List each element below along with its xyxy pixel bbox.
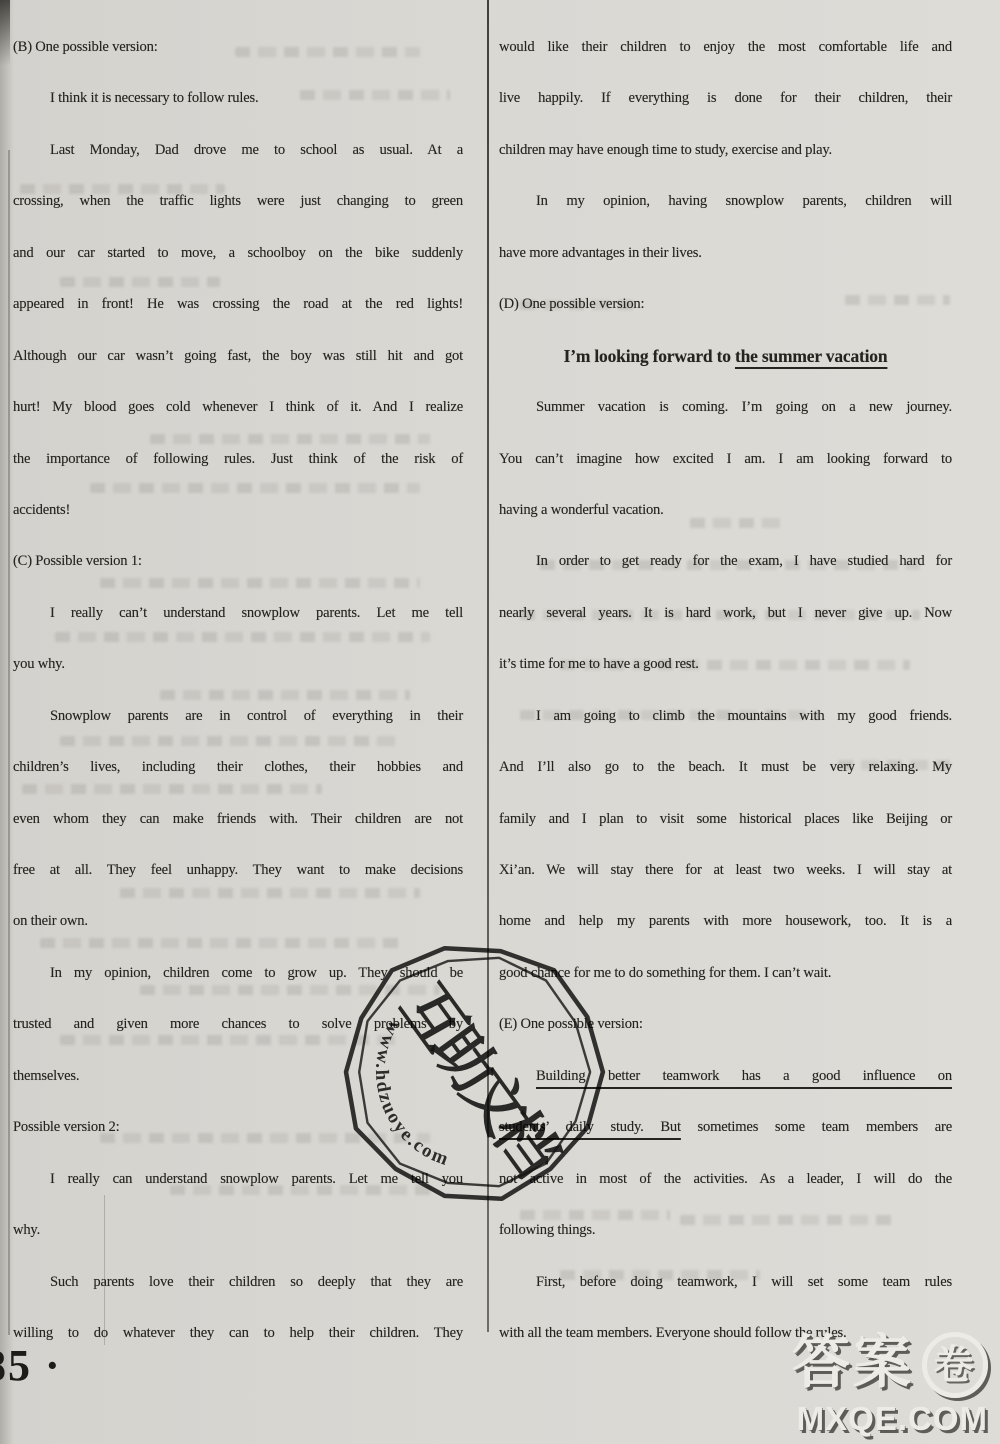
text-line: You can’t imagine how excited I am. I am… bbox=[499, 434, 952, 485]
text-line: In my opinion, children come to grow up.… bbox=[13, 948, 463, 999]
text-line: why. bbox=[13, 1205, 463, 1256]
text-line: First, before doing teamwork, I will set… bbox=[499, 1257, 952, 1308]
text-line: In order to get ready for the exam, I ha… bbox=[499, 536, 952, 587]
watermark-site-url: MXQE.COM bbox=[792, 1400, 988, 1438]
text-segment: I think it is necessary to follow rules. bbox=[50, 90, 258, 106]
text-segment: nearly several years. It is hard work, b… bbox=[499, 605, 952, 621]
text-line: Xi’an. We will stay there for at least t… bbox=[499, 845, 952, 896]
text-segment: accidents! bbox=[13, 502, 70, 518]
text-line: themselves. bbox=[13, 1051, 463, 1102]
text-line: crossing, when the traffic lights were j… bbox=[13, 176, 463, 227]
text-line: family and I plan to visit some historic… bbox=[499, 794, 952, 845]
text-line: having a wonderful vacation. bbox=[499, 485, 952, 536]
text-segment: family and I plan to visit some historic… bbox=[499, 811, 952, 827]
page-spine-line bbox=[8, 150, 10, 1335]
text-line: have more advantages in their lives. bbox=[499, 228, 952, 279]
text-segment: willing to do whatever they can to help … bbox=[13, 1325, 463, 1341]
text-segment: In order to get ready for the exam, I ha… bbox=[536, 553, 952, 569]
text-segment: hurt! My blood goes cold whenever I thin… bbox=[13, 399, 463, 415]
text-segment: live happily. If everything is done for … bbox=[499, 90, 952, 106]
text-line: and our car started to move, a schoolboy… bbox=[13, 228, 463, 279]
text-line: I really can understand snowplow parents… bbox=[13, 1154, 463, 1205]
text-segment: In my opinion, having snowplow parents, … bbox=[536, 193, 952, 209]
underlined-text: the summer vacation bbox=[735, 346, 887, 366]
text-line: home and help my parents with more house… bbox=[499, 896, 952, 947]
text-segment: I really can understand snowplow parents… bbox=[50, 1171, 463, 1187]
text-segment: crossing, when the traffic lights were j… bbox=[13, 193, 463, 209]
text-line: appeared in front! He was crossing the r… bbox=[13, 279, 463, 330]
text-segment: (E) One possible version: bbox=[499, 1016, 643, 1032]
text-segment: why. bbox=[13, 1222, 40, 1238]
text-segment: it’s time for me to have a good rest. bbox=[499, 656, 699, 672]
text-segment: I am going to climb the mountains with m… bbox=[536, 708, 952, 724]
text-line: Building better teamwork has a good infl… bbox=[499, 1051, 952, 1102]
text-segment: Snowplow parents are in control of every… bbox=[50, 708, 463, 724]
text-line: I am going to climb the mountains with m… bbox=[499, 691, 952, 742]
text-segment: (B) One possible version: bbox=[13, 39, 158, 55]
underlined-text: Building better teamwork has a good infl… bbox=[536, 1068, 952, 1084]
text-line: not active in most of the activities. As… bbox=[499, 1154, 952, 1205]
text-line: children may have enough time to study, … bbox=[499, 125, 952, 176]
left-text-column: (B) One possible version:I think it is n… bbox=[13, 22, 463, 1359]
text-line: Although our car wasn’t going fast, the … bbox=[13, 331, 463, 382]
text-line: live happily. If everything is done for … bbox=[499, 73, 952, 124]
text-line: hurt! My blood goes cold whenever I thin… bbox=[13, 382, 463, 433]
page-left-edge-shading bbox=[0, 0, 14, 1444]
text-line: nearly several years. It is hard work, b… bbox=[499, 588, 952, 639]
text-segment: In my opinion, children come to grow up.… bbox=[50, 965, 463, 981]
text-line: good chance for me to do something for t… bbox=[499, 948, 952, 999]
page-number: 85 · bbox=[0, 1340, 62, 1391]
text-segment: free at all. They feel unhappy. They wan… bbox=[13, 862, 463, 878]
text-line: the importance of following rules. Just … bbox=[13, 434, 463, 485]
text-line: even whom they can make friends with. Th… bbox=[13, 794, 463, 845]
text-segment: good chance for me to do something for t… bbox=[499, 965, 831, 981]
underlined-text: students’ daily study. But bbox=[499, 1119, 681, 1135]
scan-corner-artifact bbox=[0, 0, 10, 66]
text-segment: children may have enough time to study, … bbox=[499, 142, 832, 158]
text-line: on their own. bbox=[13, 896, 463, 947]
text-segment: having a wonderful vacation. bbox=[499, 502, 664, 518]
text-segment: Last Monday, Dad drove me to school as u… bbox=[50, 142, 463, 158]
section-label: Possible version 2: bbox=[13, 1102, 463, 1153]
text-line: Snowplow parents are in control of every… bbox=[13, 691, 463, 742]
text-line: free at all. They feel unhappy. They wan… bbox=[13, 845, 463, 896]
text-segment: I’m looking forward to bbox=[564, 346, 735, 366]
watermark-circled-character: 卷 bbox=[922, 1332, 988, 1398]
text-segment: the importance of following rules. Just … bbox=[13, 451, 463, 467]
text-segment: you why. bbox=[13, 656, 65, 672]
text-segment: Such parents love their children so deep… bbox=[50, 1274, 463, 1290]
text-line: Summer vacation is coming. I’m going on … bbox=[499, 382, 952, 433]
text-segment: not active in most of the activities. As… bbox=[499, 1171, 952, 1187]
watermark-chinese-prefix: 答案 bbox=[792, 1330, 914, 1395]
text-segment: would like their children to enjoy the m… bbox=[499, 39, 952, 55]
text-segment: have more advantages in their lives. bbox=[499, 245, 702, 261]
text-segment: and our car started to move, a schoolboy… bbox=[13, 245, 463, 261]
text-segment: I really can’t understand snowplow paren… bbox=[50, 605, 463, 621]
text-line: you why. bbox=[13, 639, 463, 690]
text-segment: (C) Possible version 1: bbox=[13, 553, 142, 569]
text-segment: children’s lives, including their clothe… bbox=[13, 759, 463, 775]
text-segment: on their own. bbox=[13, 913, 88, 929]
text-segment: Xi’an. We will stay there for at least t… bbox=[499, 862, 952, 878]
section-label: (E) One possible version: bbox=[499, 999, 952, 1050]
text-segment: even whom they can make friends with. Th… bbox=[13, 811, 463, 827]
section-label: (D) One possible version: bbox=[499, 279, 952, 330]
text-segment: Although our car wasn’t going fast, the … bbox=[13, 348, 463, 364]
essay-title: I’m looking forward to the summer vacati… bbox=[499, 331, 952, 382]
text-line: I think it is necessary to follow rules. bbox=[13, 73, 463, 124]
text-line: And I’ll also go to the beach. It must b… bbox=[499, 742, 952, 793]
text-segment: (D) One possible version: bbox=[499, 296, 644, 312]
text-line: I really can’t understand snowplow paren… bbox=[13, 588, 463, 639]
text-segment: sometimes some team members are bbox=[681, 1119, 952, 1135]
text-segment: And I’ll also go to the beach. It must b… bbox=[499, 759, 952, 775]
scanned-answer-page: (B) One possible version:I think it is n… bbox=[0, 0, 1000, 1444]
text-segment: First, before doing teamwork, I will set… bbox=[536, 1274, 952, 1290]
section-label: (C) Possible version 1: bbox=[13, 536, 463, 587]
text-line: students’ daily study. But sometimes som… bbox=[499, 1102, 952, 1153]
text-segment: following things. bbox=[499, 1222, 595, 1238]
text-segment: appeared in front! He was crossing the r… bbox=[13, 296, 463, 312]
text-line: accidents! bbox=[13, 485, 463, 536]
text-segment: Possible version 2: bbox=[13, 1119, 119, 1135]
text-segment: You can’t imagine how excited I am. I am… bbox=[499, 451, 952, 467]
text-line: trusted and given more chances to solve … bbox=[13, 999, 463, 1050]
text-line: children’s lives, including their clothe… bbox=[13, 742, 463, 793]
text-segment: home and help my parents with more house… bbox=[499, 913, 952, 929]
answer-site-watermark: 答案卷 MXQE.COM bbox=[792, 1332, 988, 1438]
text-line: following things. bbox=[499, 1205, 952, 1256]
text-line: it’s time for me to have a good rest. bbox=[499, 639, 952, 690]
text-line: would like their children to enjoy the m… bbox=[499, 22, 952, 73]
text-line: Last Monday, Dad drove me to school as u… bbox=[13, 125, 463, 176]
text-segment: trusted and given more chances to solve … bbox=[13, 1016, 463, 1032]
text-segment: themselves. bbox=[13, 1068, 79, 1084]
column-divider-rule bbox=[487, 0, 489, 1332]
text-segment: Summer vacation is coming. I’m going on … bbox=[536, 399, 952, 415]
text-line: In my opinion, having snowplow parents, … bbox=[499, 176, 952, 227]
section-label: (B) One possible version: bbox=[13, 22, 463, 73]
right-text-column: would like their children to enjoy the m… bbox=[499, 22, 952, 1359]
text-line: willing to do whatever they can to help … bbox=[13, 1308, 463, 1359]
text-line: Such parents love their children so deep… bbox=[13, 1257, 463, 1308]
watermark-chinese: 答案卷 bbox=[792, 1332, 988, 1398]
